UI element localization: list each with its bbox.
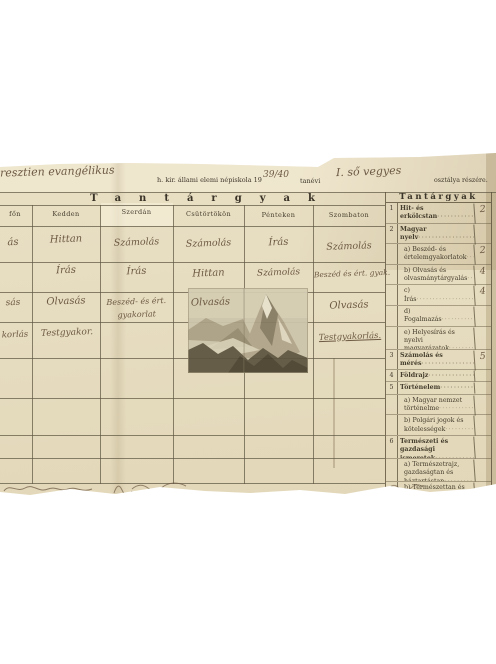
entry: Számolás [313,240,385,254]
paper-sheet: resztien evangélikus h. kir. állami elem… [0,0,496,664]
subject-row: c) Írás 4 [386,285,491,306]
header-handwritten-school-name: resztien evangélikus [0,164,115,180]
header-printed-school: h. kir. állami elemi népiskola 19 [157,176,262,184]
grid-line [0,458,385,459]
paper-fold-right [333,358,335,468]
subject-hours-handwritten [473,394,491,415]
table-title: Tantárgyak [25,193,380,204]
header-handwritten-year: 39/40 [263,170,289,180]
subject-number: 4 [386,370,398,381]
subject-label: d) Fogalmazás [398,306,474,326]
subject-row: b) Polgári jogok és kötelességek [386,415,491,436]
grid-line [32,205,33,484]
grid-line [0,262,385,263]
subject-row: 3 Számolás és mérés 5 [386,350,491,371]
subject-label: Földrajz [398,370,474,381]
subject-hours-handwritten [473,435,491,458]
entry: Beszéd- és ért. gyakorlat [100,294,174,323]
entry: Testgyakor. [32,327,102,339]
scanned-document: resztien evangélikus h. kir. állami elem… [0,0,496,664]
subject-number [386,415,398,435]
entry: Olvasás [32,295,100,308]
subject-label: Számolás és mérés [398,350,474,370]
subject-row: b) Olvasás és olvasmánytárgyalás 4 [386,265,491,286]
handwriting-scribble [385,480,445,494]
subjects-panel: Tantárgyak 1 Hit- és erkölcstan 2 2 Magy… [385,192,492,495]
grid-line [0,435,385,436]
entry: Írás [100,265,173,279]
entry: Írás [32,264,100,277]
subject-row: 4 Földrajz [386,370,491,382]
subjects-panel-rows: 1 Hit- és erkölcstan 2 2 Magyar nyelv a)… [386,203,491,495]
header-printed-suffix: osztálya részére. [434,177,488,184]
subject-row: e) Helyesírás és nyelvi magyarázatok [386,327,491,350]
subject-number: 1 [386,203,398,223]
col-header-thursday: Csütörtökön [173,210,244,218]
col-header-friday: Pénteken [244,211,313,219]
entry: Számolás [244,267,313,279]
subject-number [386,265,398,285]
subject-label: b) Olvasás és olvasmánytárgyalás [398,265,474,285]
subject-hours-handwritten: 4 [473,285,491,306]
subject-number [386,306,398,326]
col-header-tuesday: Kedden [32,210,100,218]
entry: Számolás [173,237,244,250]
subject-hours-handwritten [473,415,491,436]
col-header-monday-fragment: főn [0,210,30,218]
subject-row: a) Beszéd- és értelemgyakorlatok 2 [386,244,491,265]
subject-row: d) Fogalmazás [386,306,491,327]
subject-row: a) Természetrajz, gazdaságtan és háztart… [386,459,491,482]
subject-number [386,395,398,415]
subject-label: a) Beszéd- és értelemgyakorlatok [398,244,474,264]
subject-number [386,285,398,305]
subject-number: 3 [386,350,398,370]
entry-fragment: korlás [0,329,30,340]
entry-fragment: sás [0,298,26,309]
subject-row: 5 Történelem [386,382,491,394]
subject-row: 2 Magyar nyelv [386,224,491,245]
subject-label: b) Polgári jogok és kötelességek [398,415,474,435]
grid-line [0,205,385,206]
subject-row: 6 Természeti és gazdasági ismeretek [386,436,491,459]
grid-line [0,398,385,399]
subject-row: 1 Hit- és erkölcstan 2 [386,203,491,224]
subject-label: c) Írás [398,285,474,305]
subject-hours-handwritten: 2 [473,244,491,265]
handwriting-scribble [2,478,202,498]
subject-label: Természeti és gazdasági ismeretek [398,436,474,458]
subject-number [386,459,398,481]
entry: Hittan [32,233,100,246]
grid-line [0,226,385,227]
subject-hours-handwritten: 2 [473,202,491,223]
subject-hours-handwritten [473,481,491,495]
subject-label: Magyar nyelv [398,224,474,244]
subject-number: 5 [386,382,398,393]
col-header-wednesday: Szerdán [100,208,173,216]
subject-number [386,327,398,349]
entry: Olvasás [313,299,385,313]
subject-hours-handwritten [474,382,492,394]
header-printed-tanev: tanévi [300,177,320,185]
entry: Írás [244,236,313,249]
subject-number [386,244,398,264]
subject-hours-handwritten [473,223,491,244]
subject-number: 6 [386,436,398,458]
subject-hours-handwritten [473,305,491,326]
subject-hours-handwritten: 4 [473,264,491,285]
subject-hours-handwritten [474,370,492,382]
subject-label: Történelem [398,382,474,393]
subject-label: a) Magyar nemzet történelme [398,395,474,415]
subject-hours-handwritten [473,458,491,481]
subject-hours-handwritten: 5 [473,349,491,370]
subject-number: 2 [386,224,398,244]
header-handwritten-class: I. ső vegyes [336,164,402,179]
entry: Számolás [100,236,173,250]
subject-label: e) Helyesírás és nyelvi magyarázatok [398,327,474,349]
subjects-panel-title: Tantárgyak [386,192,491,203]
subject-label: a) Természetrajz, gazdaságtan és háztart… [398,459,474,481]
subject-label: Hit- és erkölcstan [398,203,474,223]
subject-row: a) Magyar nemzet történelme [386,395,491,416]
entry: Testgyakorlás. [311,331,389,344]
entry-fragment: ás [0,237,26,249]
entry: Hittan [173,267,244,280]
subject-hours-handwritten [473,326,491,349]
entry: Beszéd és ért. gyak. [308,267,396,279]
col-header-saturday: Szombaton [313,211,385,219]
